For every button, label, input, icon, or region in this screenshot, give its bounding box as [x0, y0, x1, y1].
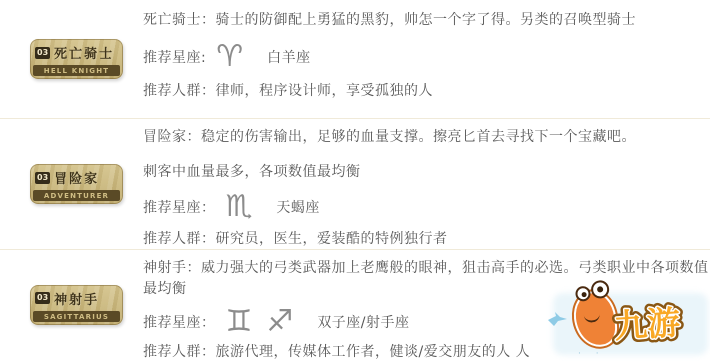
badge-subtitle: HELL KNIGHT: [33, 65, 120, 76]
class-description: 死亡骑士：骑士的防御配上勇猛的黑豹，帅怎一个字了得。另类的召唤型骑士: [143, 10, 710, 31]
crowd-label: 推荐人群：: [143, 231, 216, 247]
crowd-row: 推荐人群：旅游代理，传媒体工作者，健谈/爱交朋友的人 人: [143, 342, 710, 361]
sagittarius-icon: ♐: [266, 306, 293, 338]
zodiac-name: 天蝎座: [276, 197, 320, 217]
badge-number: 03: [35, 292, 50, 304]
badge-subtitle: SAGITTARIUS: [33, 311, 120, 322]
class-badge-sharpshooter: 03 神射手 SAGITTARIUS: [30, 285, 123, 325]
class-description-2: 刺客中血量最多，各项数值最均衡: [143, 162, 710, 183]
badge-top: 03 死亡骑士: [30, 43, 123, 65]
zodiac-label: 推荐星座：: [143, 197, 216, 217]
badge-number: 03: [35, 47, 50, 59]
badge-number: 03: [35, 172, 50, 184]
section-hell-knight: 03 死亡骑士 HELL KNIGHT 死亡骑士：骑士的防御配上勇猛的黑豹，帅怎…: [0, 0, 710, 118]
zodiac-row: 推荐星座： ♊ ♐ 双子座/射手座: [143, 304, 710, 340]
section-content: 冒险家：稳定的伤害输出，足够的血量支撑。擦亮匕首去寻找下一个宝藏吧。 刺客中血量…: [143, 119, 710, 249]
badge-top: 03 冒险家: [30, 168, 123, 190]
section-content: 神射手：威力强大的弓类武器加上老鹰般的眼神，狙击高手的必选。弓类职业中各项数值最…: [143, 250, 710, 359]
crowd-row: 推荐人群：律师，程序设计师，享受孤独的人: [143, 81, 710, 102]
badge-title: 死亡骑士: [54, 43, 114, 62]
zodiac-label: 推荐星座：: [143, 312, 216, 332]
badge-column: 03 神射手 SAGITTARIUS: [0, 250, 143, 359]
zodiac-name: 双子座/射手座: [317, 312, 409, 332]
badge-column: 03 冒险家 ADVENTURER: [0, 119, 143, 249]
crowd-label: 推荐人群：: [143, 83, 216, 99]
zodiac-label: 推荐星座:: [143, 47, 206, 67]
crowd-text: 研究员，医生，爱装酷的特例独行者: [216, 231, 448, 247]
class-badge-adventurer: 03 冒险家 ADVENTURER: [30, 164, 123, 204]
badge-top: 03 神射手: [30, 289, 123, 311]
section-content: 死亡骑士：骑士的防御配上勇猛的黑豹，帅怎一个字了得。另类的召唤型骑士 推荐星座:…: [143, 0, 710, 118]
section-sharpshooter: 03 神射手 SAGITTARIUS 神射手：威力强大的弓类武器加上老鹰般的眼神…: [0, 250, 710, 359]
crowd-row: 推荐人群：研究员，医生，爱装酷的特例独行者: [143, 229, 710, 250]
class-badge-hell-knight: 03 死亡骑士 HELL KNIGHT: [30, 39, 123, 79]
page: 03 死亡骑士 HELL KNIGHT 死亡骑士：骑士的防御配上勇猛的黑豹，帅怎…: [0, 0, 710, 361]
badge-subtitle: ADVENTURER: [33, 190, 120, 201]
badge-title: 神射手: [54, 289, 99, 308]
badge-column: 03 死亡骑士 HELL KNIGHT: [0, 0, 143, 118]
section-adventurer: 03 冒险家 ADVENTURER 冒险家：稳定的伤害输出，足够的血量支撑。擦亮…: [0, 119, 710, 249]
badge-title: 冒险家: [54, 168, 99, 187]
crowd-label: 推荐人群：: [143, 344, 216, 360]
gemini-icon: ♊: [226, 306, 253, 338]
zodiac-name: 白羊座: [267, 47, 311, 67]
aries-icon: ♈: [216, 41, 243, 73]
class-description: 冒险家：稳定的伤害输出，足够的血量支撑。擦亮匕首去寻找下一个宝藏吧。: [143, 127, 710, 148]
crowd-text: 旅游代理，传媒体工作者，健谈/爱交朋友的人 人: [216, 344, 531, 360]
zodiac-row: 推荐星座： ♏ 天蝎座: [143, 189, 710, 225]
class-description: 神射手：威力强大的弓类武器加上老鹰般的眼神，狙击高手的必选。弓类职业中各项数值最…: [143, 258, 710, 300]
scorpio-icon: ♏: [226, 191, 253, 223]
zodiac-row: 推荐星座: ♈ 白羊座: [143, 39, 710, 75]
crowd-text: 律师，程序设计师，享受孤独的人: [216, 83, 434, 99]
